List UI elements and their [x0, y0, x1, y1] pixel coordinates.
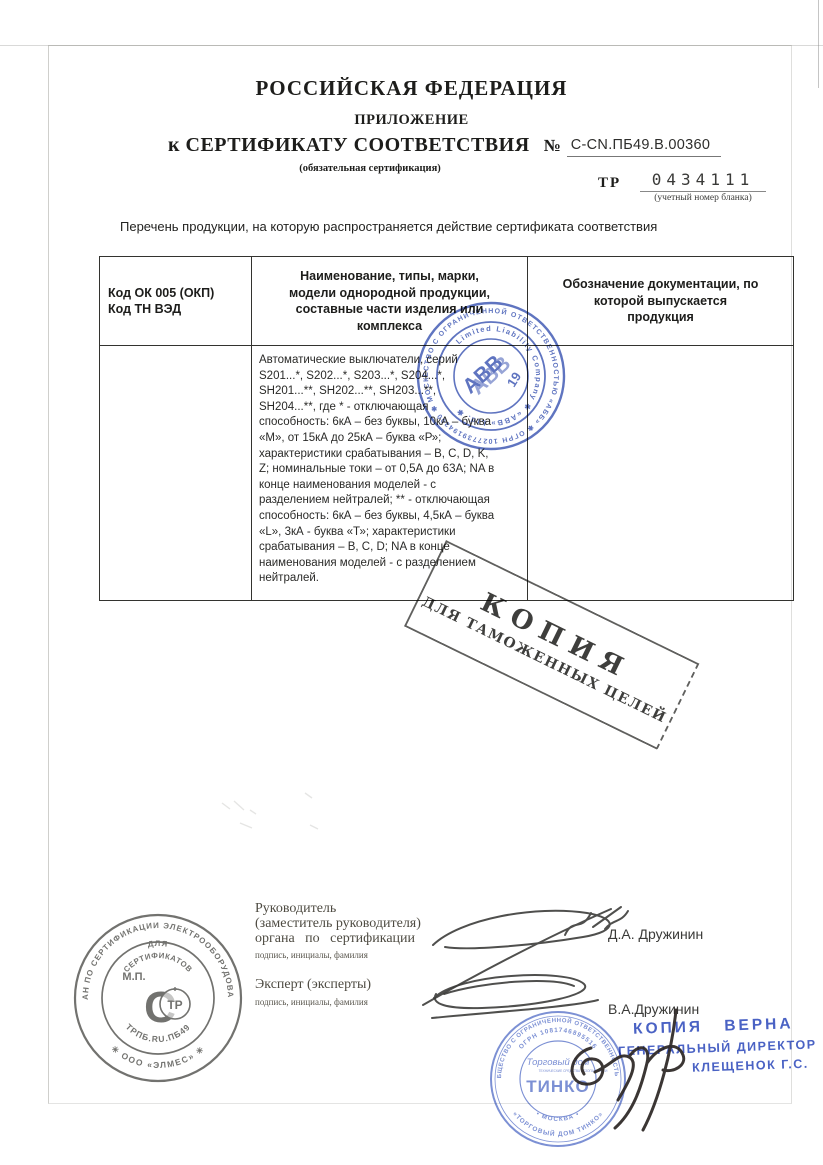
- pencil-smudge: [210, 785, 360, 845]
- svg-text:ДЛЯ: ДЛЯ: [147, 939, 169, 949]
- director-signature: [555, 1002, 720, 1137]
- cert-org-round-stamp: ОРГАН ПО СЕРТИФИКАЦИИ ЭЛЕКТРООБОРУДОВАНИ…: [72, 912, 244, 1084]
- signature-caption-1: подпись, инициалы, фамилия: [255, 950, 368, 960]
- scan-artifact-line: [818, 0, 819, 88]
- number-sign: №: [544, 136, 562, 155]
- certificate-title: к СЕРТИФИКАТУ СООТВЕТСТВИЯ: [168, 134, 530, 156]
- cert-org-mp: М.П.: [122, 971, 145, 983]
- cert-org-ring-bottom-text: ✳ ООО «ЭЛМЕС» ✳: [109, 1043, 206, 1070]
- certificate-page: РОССИЙСКАЯ ФЕДЕРАЦИЯ ПРИЛОЖЕНИЕ к СЕРТИФ…: [0, 0, 823, 1165]
- mandatory-certification-note: (обязательная сертификация): [250, 163, 490, 174]
- abb-round-stamp: ОБЩЕСТВО С ОГРАНИЧЕННОЙ ОТВЕТСТВЕННОСТЬЮ…: [413, 298, 569, 454]
- str-logo-tr: ТР: [167, 998, 182, 1012]
- col-header-code: Код ОК 005 (ОКП) Код ТН ВЭД: [100, 257, 252, 346]
- appendix-title: ПРИЛОЖЕНИЕ: [0, 112, 823, 129]
- tr-label: ТР: [598, 175, 621, 192]
- certificate-number: С-CN.ПБ49.В.00360: [567, 137, 721, 157]
- head-role-line1: Руководитель: [255, 901, 336, 917]
- svg-text:✳ ООО «ЭЛМЕС» ✳: ✳ ООО «ЭЛМЕС» ✳: [109, 1043, 206, 1070]
- certificate-title-line: к СЕРТИФИКАТУ СООТВЕТСТВИЯ№ С-CN.ПБ49.В.…: [168, 134, 721, 157]
- country-title: РОССИЙСКАЯ ФЕДЕРАЦИЯ: [0, 76, 823, 101]
- product-list-intro: Перечень продукции, на которую распростр…: [120, 219, 780, 234]
- cert-org-inner-top1: ДЛЯ: [147, 939, 169, 949]
- head-role-line3: органа по сертификации: [255, 931, 415, 947]
- expert-role: Эксперт (эксперты): [255, 977, 371, 993]
- signature-caption-2: подпись, инициалы, фамилия: [255, 997, 368, 1007]
- blank-number: 0434111: [640, 170, 766, 192]
- cell-code-empty: [100, 346, 252, 601]
- blank-number-caption: (учетный номер бланка): [636, 193, 770, 203]
- head-role-line2: (заместитель руководителя): [255, 916, 421, 932]
